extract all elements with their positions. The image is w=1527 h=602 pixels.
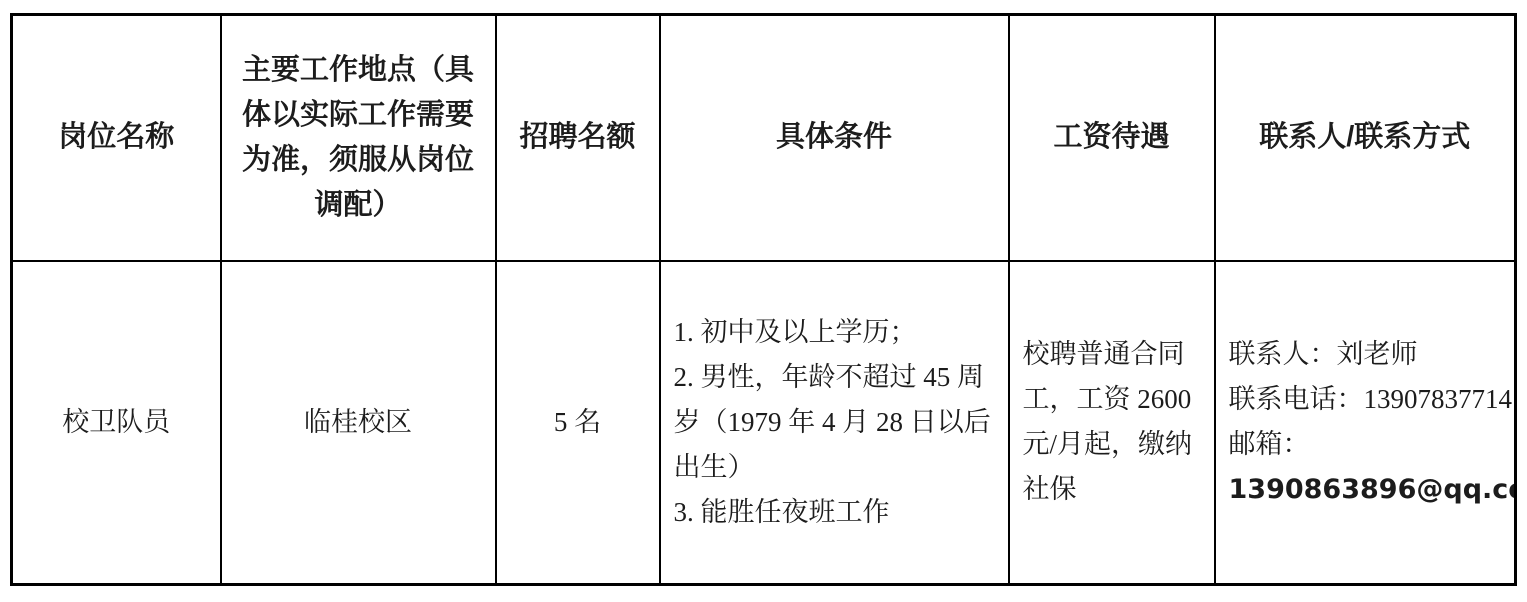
cell-location: 临桂校区 xyxy=(221,261,496,585)
header-row: 岗位名称 主要工作地点（具体以实际工作需要为准，须服从岗位调配） 招聘名额 具体… xyxy=(12,15,1516,261)
contact-email-label: 邮箱： xyxy=(1229,422,1509,467)
data-row: 校卫队员 临桂校区 5 名 1. 初中及以上学历； 2. 男性，年龄不超过 45… xyxy=(12,261,1516,585)
cell-position: 校卫队员 xyxy=(12,261,221,585)
cell-quota: 5 名 xyxy=(496,261,660,585)
header-position: 岗位名称 xyxy=(12,15,221,261)
contact-email: 1390863896@qq.com xyxy=(1229,467,1509,512)
contact-phone: 联系电话：13907837714 xyxy=(1229,377,1509,422)
header-salary: 工资待遇 xyxy=(1009,15,1215,261)
cell-salary: 校聘普通合同工，工资 2600 元/月起，缴纳社保 xyxy=(1009,261,1215,585)
header-quota: 招聘名额 xyxy=(496,15,660,261)
page: 岗位名称 主要工作地点（具体以实际工作需要为准，须服从岗位调配） 招聘名额 具体… xyxy=(0,0,1527,602)
condition-item-1: 1. 初中及以上学历； xyxy=(674,310,1002,355)
condition-item-3: 3. 能胜任夜班工作 xyxy=(674,490,1002,535)
header-conditions: 具体条件 xyxy=(660,15,1009,261)
cell-contact: 联系人：刘老师 联系电话：13907837714 邮箱： 1390863896@… xyxy=(1215,261,1516,585)
condition-item-2: 2. 男性，年龄不超过 45 周岁（1979 年 4 月 28 日以后出生） xyxy=(674,355,1002,490)
recruitment-table: 岗位名称 主要工作地点（具体以实际工作需要为准，须服从岗位调配） 招聘名额 具体… xyxy=(10,13,1517,586)
header-contact: 联系人/联系方式 xyxy=(1215,15,1516,261)
cell-conditions: 1. 初中及以上学历； 2. 男性，年龄不超过 45 周岁（1979 年 4 月… xyxy=(660,261,1009,585)
contact-person: 联系人：刘老师 xyxy=(1229,332,1509,377)
header-location: 主要工作地点（具体以实际工作需要为准，须服从岗位调配） xyxy=(221,15,496,261)
